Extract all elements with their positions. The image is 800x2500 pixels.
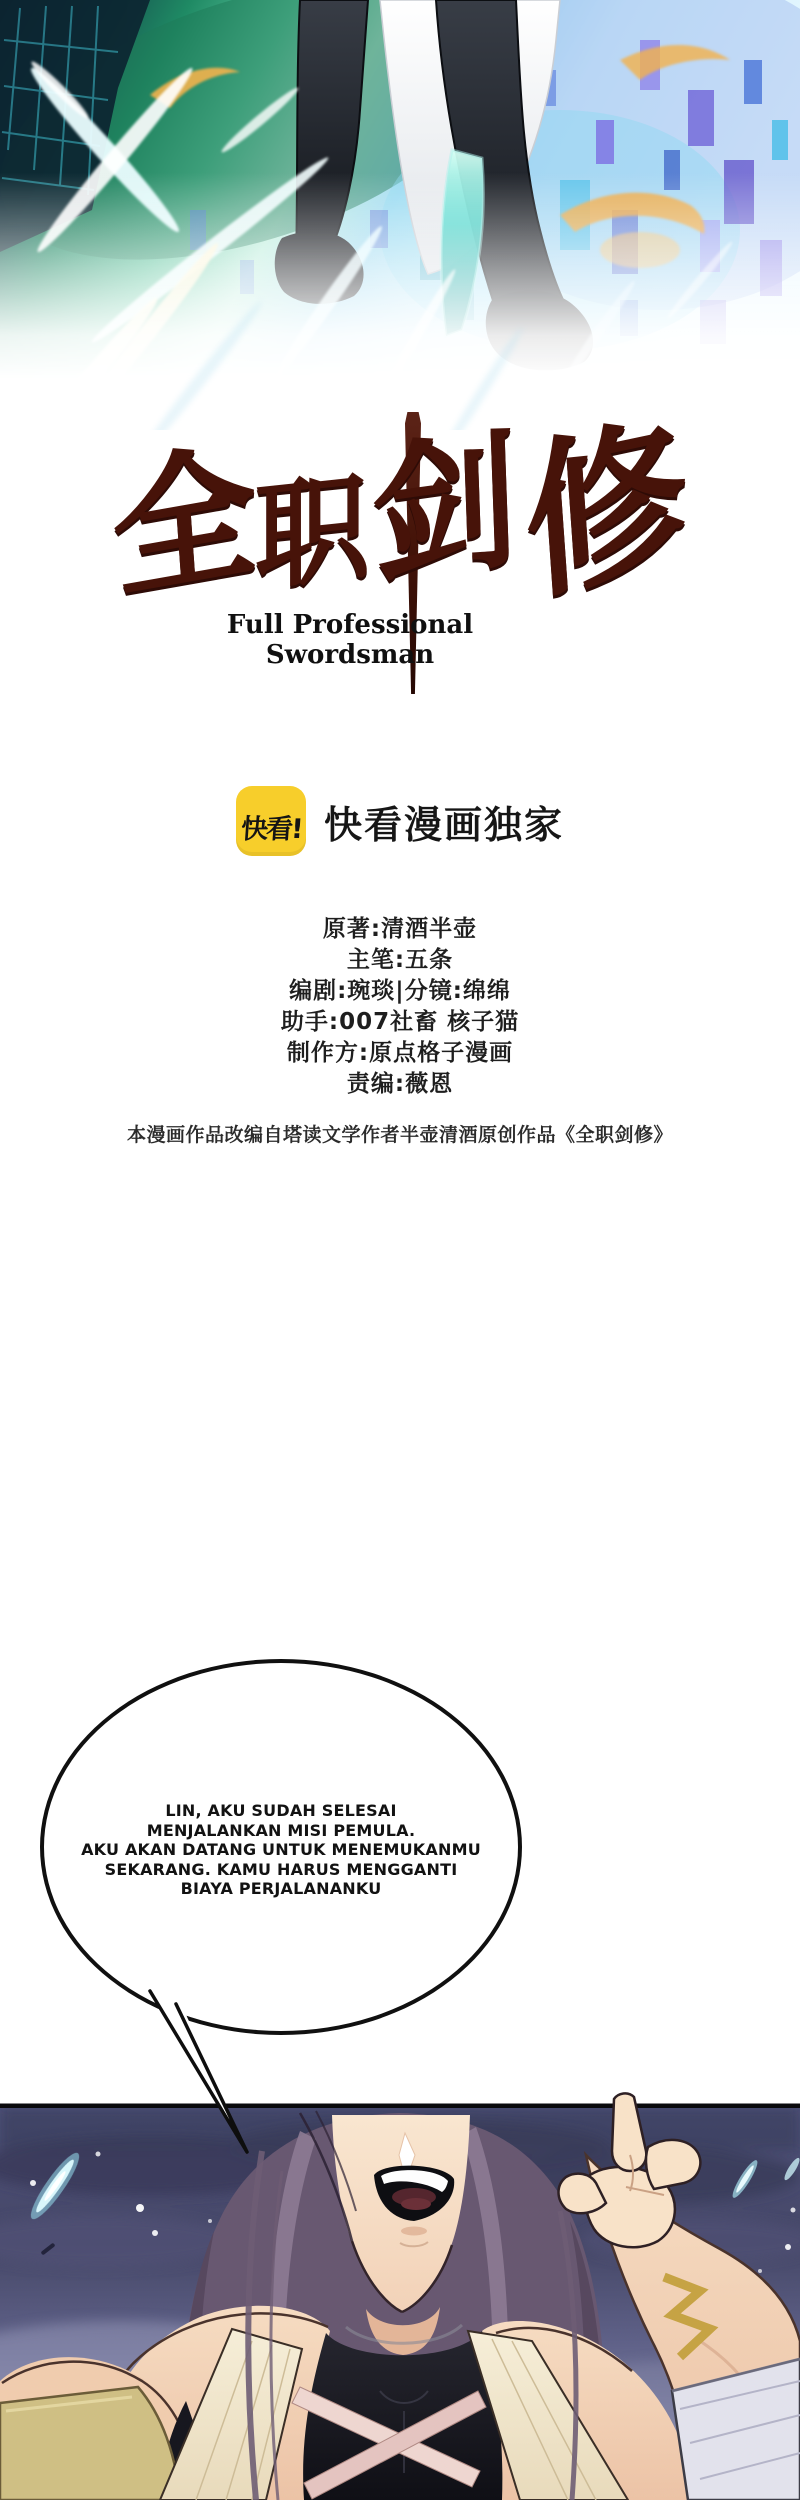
bubble-line: SEKARANG. KAMU HARUS MENGGANTI — [71, 1860, 491, 1880]
bubble-line: BIAYA PERJALANANKU — [71, 1879, 491, 1899]
bubble-line: LIN, AKU SUDAH SELESAI — [71, 1801, 491, 1821]
top-artwork — [0, 0, 800, 430]
title-char: 全 — [108, 437, 262, 609]
credit-line: 编剧:琬琰|分镜:绵绵 — [0, 976, 800, 1007]
kuaikan-badge-icon: 快看! — [236, 786, 306, 856]
title-logo: 全职剑修 — [91, 406, 709, 604]
title-char: 剑 — [369, 423, 521, 592]
platform-label: 快看漫画独家 — [324, 794, 564, 849]
credit-line: 原著:清酒半壶 — [0, 914, 800, 945]
platform-row: 快看! 快看漫画独家 — [0, 786, 800, 856]
credit-line: 助手:007社畜 核子猫 — [0, 1007, 800, 1038]
speech-bubble-text: LIN, AKU SUDAH SELESAI MENJALANKAN MISI … — [71, 1801, 491, 1899]
credit-line: 责编:薇恩 — [0, 1069, 800, 1100]
speech-bubble-tail — [118, 1975, 278, 2165]
comic-page: 全职剑修 Full Professional Swordsman 快看! 快看漫… — [0, 0, 800, 2500]
credit-line: 制作方:原点格子漫画 — [0, 1038, 800, 1069]
bubble-line: MENJALANKAN MISI PEMULA. — [71, 1821, 491, 1841]
bubble-line: AKU AKAN DATANG UNTUK MENEMUKANMU — [71, 1840, 491, 1860]
credits-block: 原著:清酒半壶 主笔:五条 编剧:琬琰|分镜:绵绵 助手:007社畜 核子猫 制… — [0, 914, 800, 1100]
credit-line: 主笔:五条 — [0, 945, 800, 976]
kuaikan-badge-label: 快看! — [239, 807, 303, 856]
adaptation-disclaimer: 本漫画作品改编自塔读文学作者半壶清酒原创作品《全职剑修》 — [0, 1120, 800, 1147]
speech-bubble: LIN, AKU SUDAH SELESAI MENJALANKAN MISI … — [40, 1659, 522, 2035]
white-fade-overlay — [0, 0, 800, 430]
title-char: 修 — [520, 409, 694, 611]
title-char: 职 — [255, 468, 370, 597]
title-english-subtitle: Full Professional Swordsman — [170, 610, 530, 670]
